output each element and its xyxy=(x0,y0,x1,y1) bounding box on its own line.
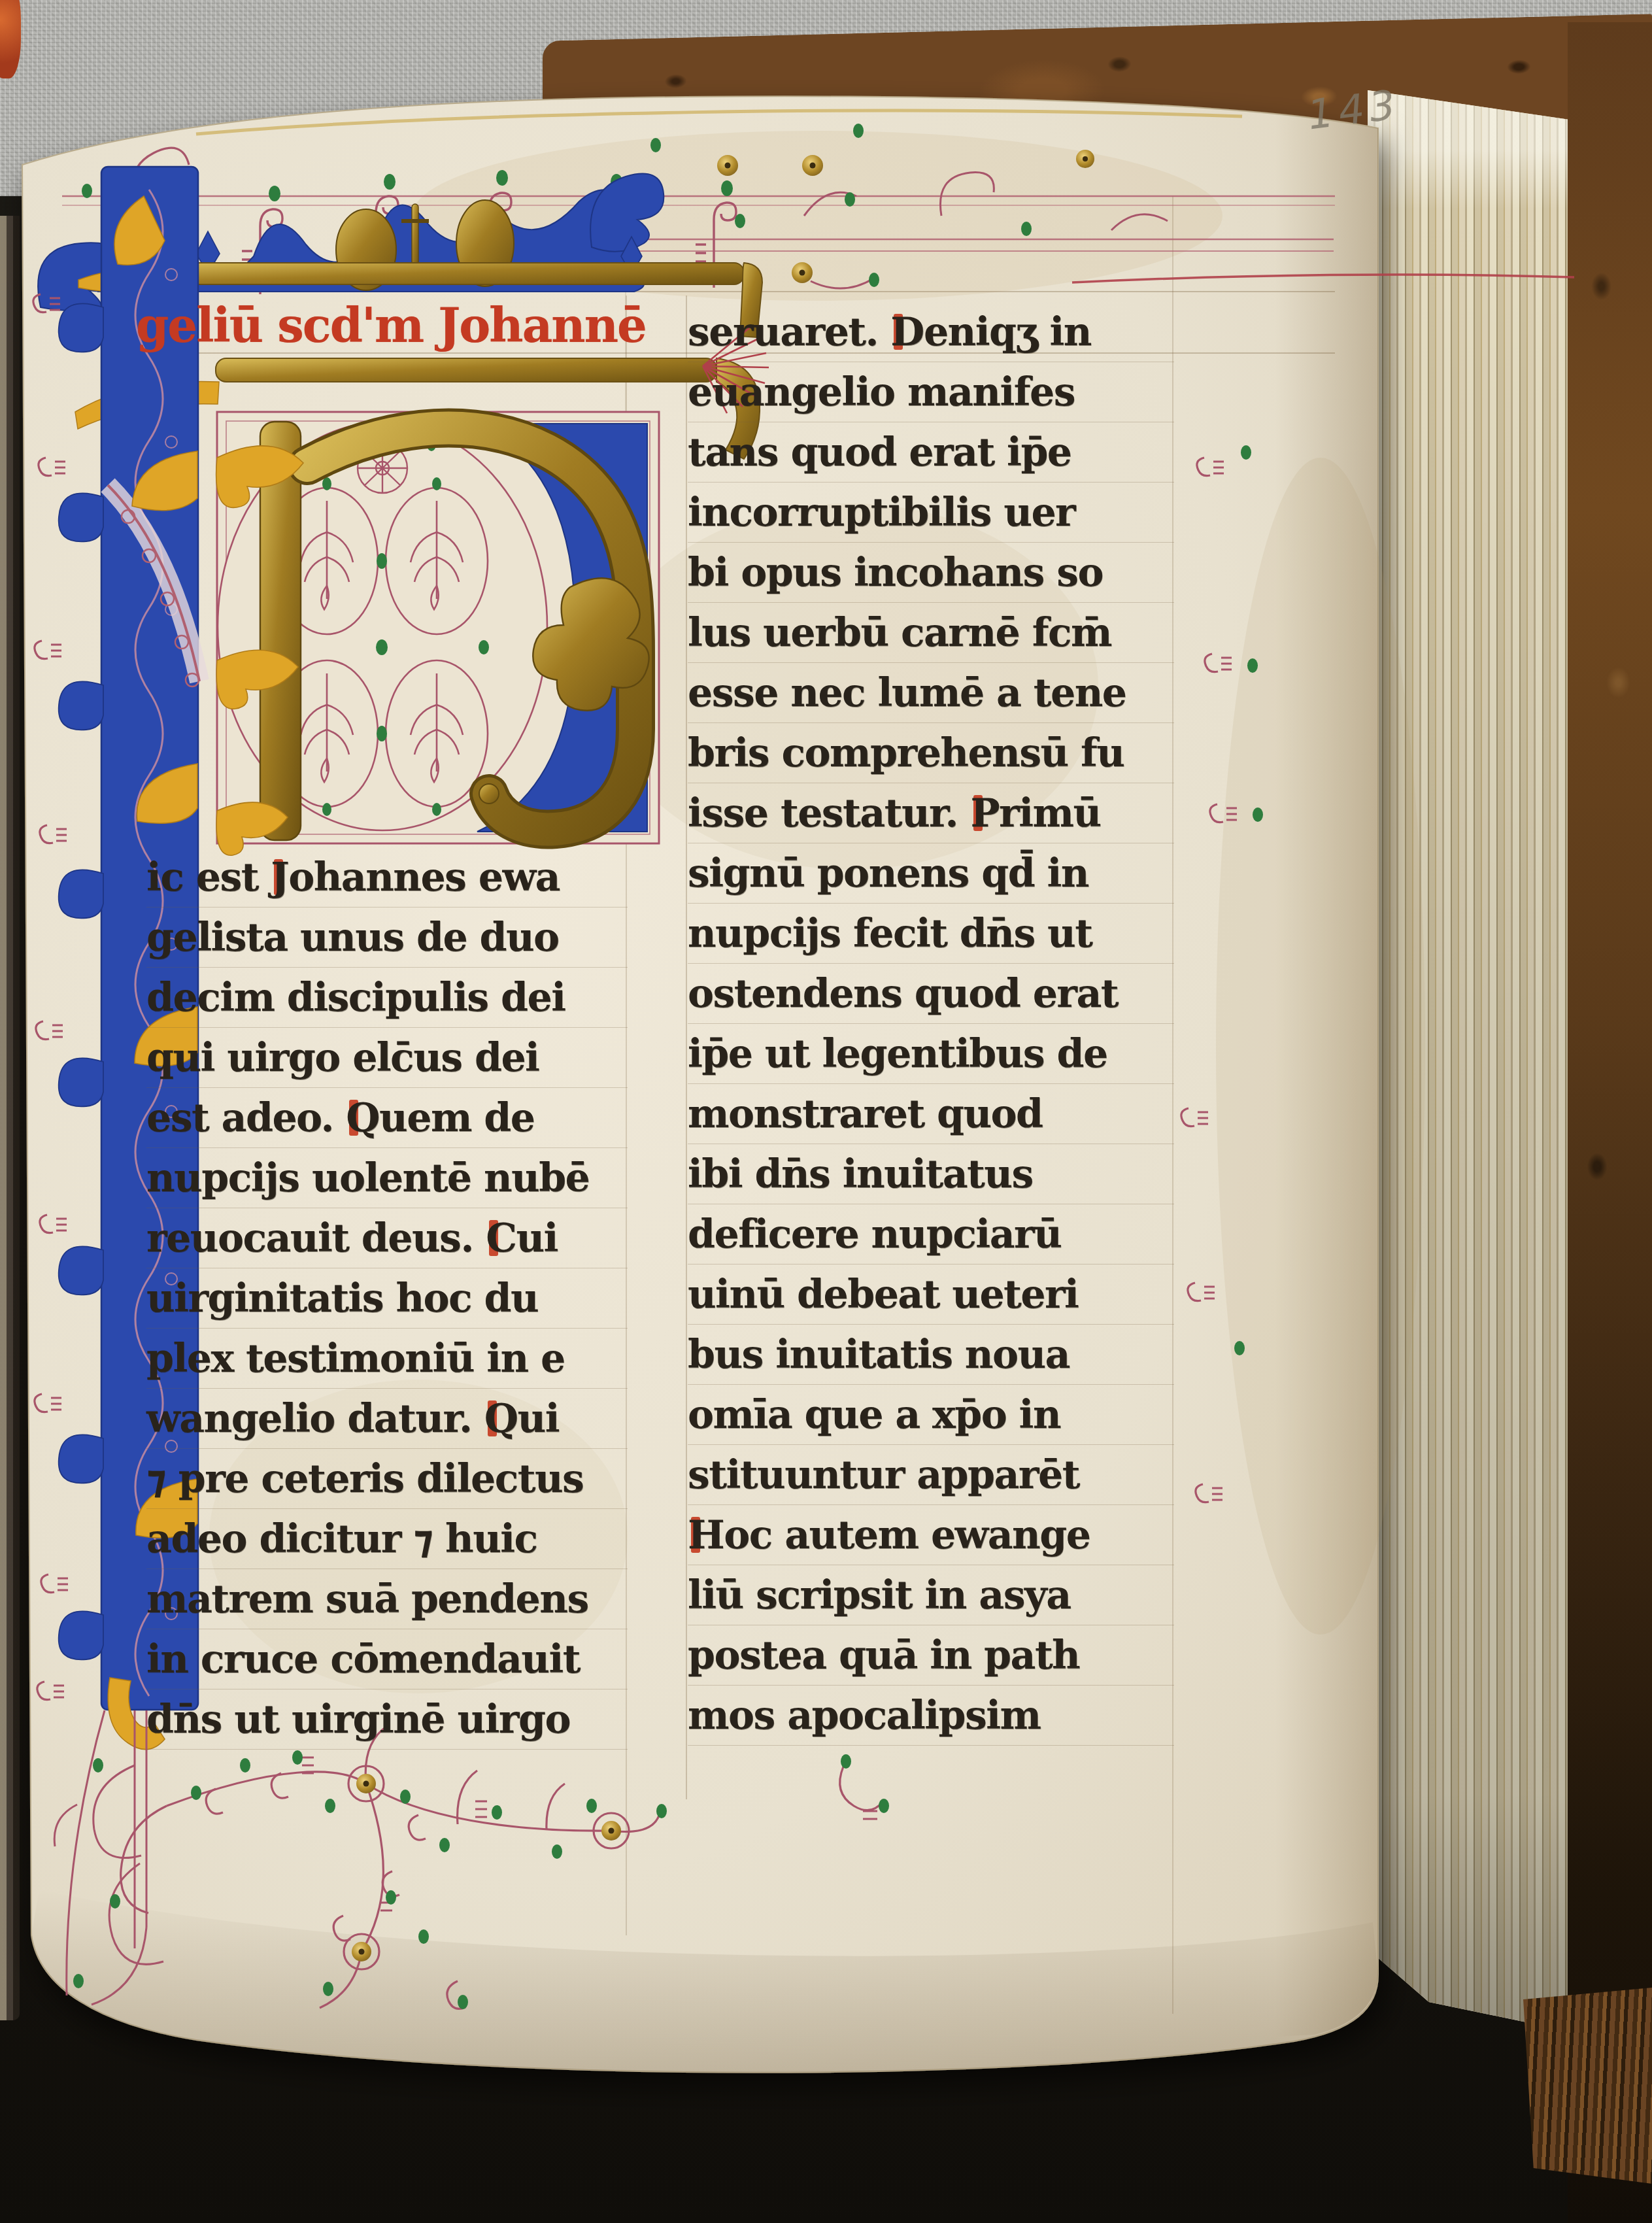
text-line: bris comprehensū fu xyxy=(688,723,1174,783)
text-segment: incorruptibilis uer xyxy=(688,490,1075,535)
text-segment: euangelio manifes xyxy=(688,369,1075,415)
text-line: nupcijs fecit dn̄s ut xyxy=(688,904,1174,964)
text-line: wangelio datur. Qui xyxy=(146,1389,628,1449)
gold-bar-lower xyxy=(216,358,716,382)
text-segment: omīa que a xp̄o in xyxy=(688,1392,1060,1438)
text-segment: seruaret. xyxy=(688,309,890,355)
text-segment: tans quod erat ip̄e xyxy=(688,430,1071,475)
green-dots-bottom xyxy=(191,1750,889,2009)
text-line: Hoc autem ewange xyxy=(688,1505,1174,1565)
text-segment: ⁊ pre ceteris dilectus xyxy=(146,1456,583,1502)
text-segment: dn̄s ut uirginē uirgo xyxy=(146,1697,570,1742)
rubricated-initial: J xyxy=(271,855,288,900)
text-line: seruaret. Deniqʒ in xyxy=(688,302,1174,362)
text-line: ⁊ pre ceteris dilectus xyxy=(146,1449,628,1509)
text-segment: wangelio datur. xyxy=(146,1396,484,1442)
text-segment: ostendens quod erat xyxy=(688,971,1118,1017)
rubricated-initial: D xyxy=(890,309,924,355)
text-line: monstraret quod xyxy=(688,1084,1174,1144)
text-segment: postea quā in path xyxy=(688,1633,1079,1678)
text-segment: monstraret quod xyxy=(688,1091,1043,1137)
text-line: adeo dicitur ⁊ huic xyxy=(146,1509,628,1569)
red-rule-extension xyxy=(1072,275,1574,282)
text-segment: adeo dicitur ⁊ huic xyxy=(146,1516,537,1562)
text-line: deficere nupciarū xyxy=(688,1204,1174,1264)
text-line: bus inuitatis noua xyxy=(688,1325,1174,1385)
text-line: tans quod erat ip̄e xyxy=(688,422,1174,483)
folio-number-pencil: 143 xyxy=(1304,67,1416,152)
text-segment: isse testatur. xyxy=(688,790,970,836)
text-segment: uinū debeat ueteri xyxy=(688,1272,1078,1317)
text-line: bi opus incohans so xyxy=(688,543,1174,603)
text-segment: nupcijs fecit dn̄s ut xyxy=(688,911,1092,957)
text-segment: bi opus incohans so xyxy=(688,550,1103,596)
text-segment: est adeo. xyxy=(146,1095,346,1141)
text-segment: nupcijs uolentē nubē xyxy=(146,1155,589,1201)
text-line: matrem suā pendens xyxy=(146,1569,628,1629)
text-segment: bris comprehensū fu xyxy=(688,730,1124,776)
text-line: reuocauit deus. Cui xyxy=(146,1208,628,1268)
text-line: mos apocalipsim xyxy=(688,1686,1174,1746)
text-line: nupcijs uolentē nubē xyxy=(146,1148,628,1208)
text-segment: lus uerbū carnē fcm̄ xyxy=(688,610,1111,656)
text-segment: uem de xyxy=(379,1095,534,1141)
text-segment: deficere nupciarū xyxy=(688,1212,1061,1257)
text-segment: stituuntur apparēt xyxy=(688,1452,1079,1498)
photograph-scene: 143 geliū scd'm Johannē ic est Johannes … xyxy=(0,0,1652,2223)
text-line: incorruptibilis uer xyxy=(688,483,1174,543)
text-line: ibi dn̄s inuitatus xyxy=(688,1144,1174,1204)
text-segment: bus inuitatis noua xyxy=(688,1332,1070,1378)
text-line: postea quā in path xyxy=(688,1625,1174,1686)
text-segment: esse nec lumē a tene xyxy=(688,670,1126,716)
text-line: liū scripsit in asya xyxy=(688,1565,1174,1625)
text-line: signū ponens qd̄ in xyxy=(688,843,1174,904)
rubricated-initial: Q xyxy=(484,1396,518,1442)
text-segment: oc autem ewange xyxy=(724,1512,1090,1558)
text-segment: matrem suā pendens xyxy=(146,1576,588,1622)
text-line: stituuntur apparēt xyxy=(688,1445,1174,1505)
text-line: gelista unus de duo xyxy=(146,908,628,968)
text-segment: signū ponens qd̄ in xyxy=(688,851,1088,896)
gold-bar-upper xyxy=(171,263,744,284)
text-line: isse testatur. Primū xyxy=(688,783,1174,843)
rubricated-initial: C xyxy=(486,1215,516,1261)
text-segment: ic est xyxy=(146,855,271,900)
text-segment: mos apocalipsim xyxy=(688,1693,1041,1739)
text-segment: gelista unus de duo xyxy=(146,915,559,960)
text-line: esse nec lumē a tene xyxy=(688,663,1174,723)
text-segment: ui xyxy=(518,1396,559,1442)
text-line: est adeo. Quem de xyxy=(146,1088,628,1148)
text-line: decim discipulis dei xyxy=(146,968,628,1028)
text-line: omīa que a xp̄o in xyxy=(688,1385,1174,1445)
text-line: euangelio manifes xyxy=(688,362,1174,422)
text-line: ostendens quod erat xyxy=(688,964,1174,1024)
text-line: plex testimoniū in e xyxy=(146,1329,628,1389)
text-segment: decim discipulis dei xyxy=(146,975,565,1021)
text-segment: plex testimoniū in e xyxy=(146,1336,565,1382)
text-segment: qui uirgo elc̄us dei xyxy=(146,1035,539,1081)
text-line: ic est Johannes ewa xyxy=(146,847,628,908)
text-segment: liū scripsit in asya xyxy=(688,1572,1071,1618)
rubric-header: geliū scd'm Johannē xyxy=(136,293,698,358)
text-column-right: seruaret. Deniqʒ ineuangelio manifestans… xyxy=(688,302,1174,1746)
text-line: qui uirgo elc̄us dei xyxy=(146,1028,628,1088)
rubricated-initial: P xyxy=(970,790,999,836)
text-segment: eniqʒ in xyxy=(924,309,1091,355)
text-segment: ip̄e ut legentibus de xyxy=(688,1031,1107,1077)
text-segment: ui xyxy=(516,1215,557,1261)
rubricated-initial: H xyxy=(688,1512,724,1558)
text-segment: ohannes ewa xyxy=(288,855,560,900)
text-segment: ibi dn̄s inuitatus xyxy=(688,1151,1033,1197)
text-line: uirginitatis hoc du xyxy=(146,1268,628,1329)
text-column-left: ic est Johannes ewagelista unus de duode… xyxy=(146,847,628,1750)
bottom-flourish xyxy=(121,1726,883,2009)
left-tail-penwork xyxy=(54,1710,163,2005)
text-line: uinū debeat ueteri xyxy=(688,1264,1174,1325)
rubricated-initial: Q xyxy=(346,1095,379,1141)
text-segment: reuocauit deus. xyxy=(146,1215,486,1261)
text-line: in cruce cōmendauit xyxy=(146,1629,628,1689)
text-segment: rimū xyxy=(999,790,1101,836)
gold-bezants-top xyxy=(717,150,1094,283)
text-line: dn̄s ut uirginē uirgo xyxy=(146,1689,628,1750)
text-line: ip̄e ut legentibus de xyxy=(688,1024,1174,1084)
text-segment: uirginitatis hoc du xyxy=(146,1276,538,1321)
text-segment: in cruce cōmendauit xyxy=(146,1637,580,1682)
initial-panel xyxy=(216,412,659,855)
text-line: lus uerbū carnē fcm̄ xyxy=(688,603,1174,663)
